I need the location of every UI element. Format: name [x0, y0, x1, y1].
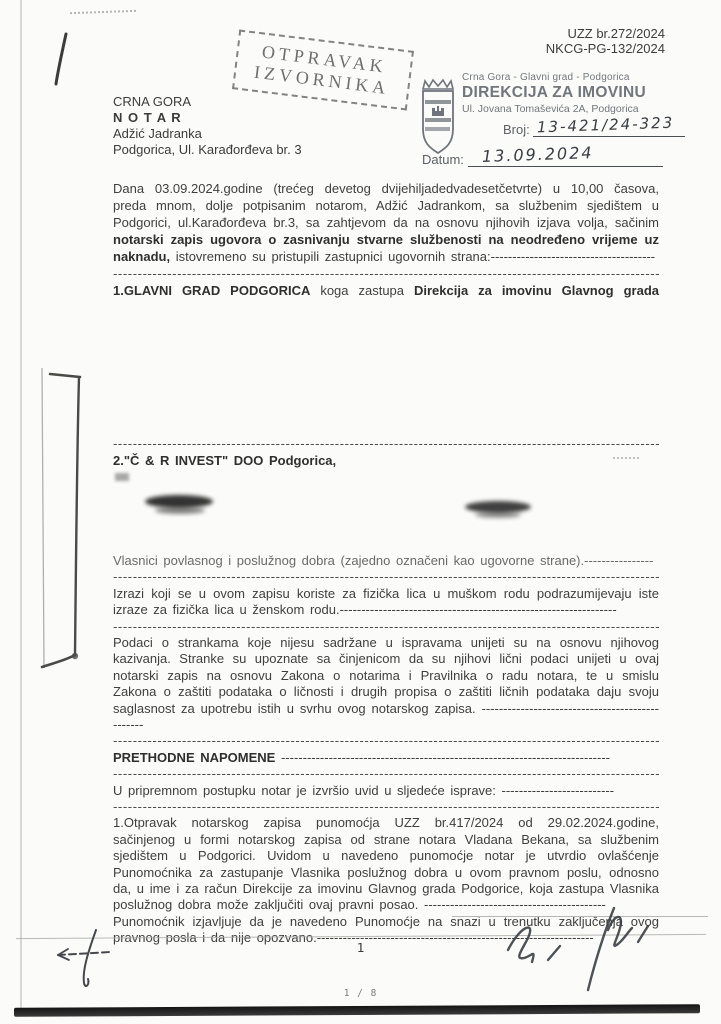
- paragraph-intro: Dana 03.09.2024.godine (trećeg devetog d…: [113, 180, 659, 265]
- broj-field: Broj: 13-421/24-323: [503, 118, 685, 137]
- paragraph-party-1: 1.GLAVNI GRAD PODGORICA koga zastupa Dir…: [113, 282, 659, 299]
- broj-handwritten-value: 13-421/24-323: [537, 114, 675, 137]
- redacted-smudge-area: [113, 469, 659, 565]
- faint-dash-fragment: [613, 457, 639, 459]
- document-body-top: Dana 03.09.2024.godine (trećeg devetog d…: [113, 180, 659, 565]
- pen-stroke-mark: [48, 30, 78, 90]
- notary-title: N O T A R: [113, 110, 302, 126]
- stamp-region-line: Crna Gora - Glavni grad - Podgorica: [462, 72, 646, 83]
- scan-edge-line: [20, 0, 22, 1012]
- country-label: CRNA GORA: [113, 94, 302, 110]
- broj-label: Broj:: [503, 122, 530, 137]
- dash-separator: ----------------------------------------…: [113, 799, 659, 815]
- intro-text: Dana 03.09.2024.godine (trećeg devetog d…: [113, 181, 659, 230]
- nkcg-number: NKCG-PG-132/2024: [480, 41, 665, 56]
- intro-tail: istovremeno su pristupili zastupnici ugo…: [170, 249, 655, 264]
- party1-name: 1.GLAVNI GRAD PODGORICA: [113, 283, 310, 298]
- heading-dashes: ----------------------------------------…: [281, 750, 610, 765]
- party1-mid: koga zastupa: [310, 283, 414, 298]
- faint-top-mark: [70, 10, 136, 14]
- dash-separator: ----------------------------------------…: [113, 733, 659, 749]
- binding-staple-mark: [34, 360, 90, 675]
- datum-label: Datum:: [422, 152, 464, 167]
- datum-handwritten-value: 13.09.2024: [481, 143, 593, 166]
- document-body-bottom: Vlasnici povlasnog i poslužnog dobra (za…: [113, 553, 659, 947]
- reference-numbers: UZZ br.272/2024 NKCG-PG-132/2024: [480, 26, 665, 56]
- illegible-fragment: [115, 473, 129, 481]
- uzz-number: UZZ br.272/2024: [480, 26, 665, 41]
- paragraph-personal-data: Podaci o strankama koje nijesu sadržane …: [113, 635, 659, 733]
- dash-separator: ----------------------------------------…: [113, 766, 659, 782]
- paragraph-party-2: 2."Č & R INVEST" DOO Podgorica,: [113, 452, 659, 469]
- direkcija-stamp: Crna Gora - Glavni grad - Podgorica DIRE…: [462, 72, 646, 115]
- datum-field: Datum: 13.09.2024: [422, 147, 663, 167]
- datum-underline: 13.09.2024: [468, 147, 663, 167]
- scanned-notarial-document-page: UZZ br.272/2024 NKCG-PG-132/2024 OTPRAVA…: [0, 0, 721, 1024]
- notary-header: CRNA GORA N O T A R Adžić Jadranka Podgo…: [113, 94, 302, 158]
- paragraph-owners: Vlasnici povlasnog i poslužnog dobra (za…: [113, 553, 659, 569]
- stamp-institution-address: Ul. Jovana Tomaševića 2A, Podgorica: [462, 103, 646, 115]
- handwritten-check-mark: [48, 925, 138, 995]
- paragraph-preliminary: U pripremnom postupku notar je izvršio u…: [113, 783, 659, 799]
- redaction-smudge: [475, 512, 521, 518]
- section-heading-prethodne-napomene: PRETHODNE NAPOMENE ---------------------…: [113, 750, 659, 766]
- party2-name: 2."Č & R INVEST" DOO Podgorica,: [113, 453, 336, 468]
- redaction-smudge: [155, 507, 205, 514]
- dash-separator: ----------------------------------------…: [113, 435, 659, 452]
- notary-address: Podgorica, Ul. Karađorđeva br. 3: [113, 142, 302, 158]
- broj-underline: 13-421/24-323: [533, 118, 685, 137]
- dash-separator: ----------------------------------------…: [113, 619, 659, 635]
- signature-scribbles: [470, 898, 670, 998]
- notary-name: Adžić Jadranka: [113, 126, 302, 142]
- dash-separator: ----------------------------------------…: [113, 265, 659, 282]
- scan-bottom-band: [14, 1004, 700, 1017]
- redacted-blank-area: [113, 299, 659, 435]
- stamp-institution-name: DIREKCIJA ZA IMOVINU: [462, 84, 646, 102]
- heading-text: PRETHODNE NAPOMENE: [113, 750, 281, 765]
- dash-separator: ----------------------------------------…: [113, 569, 659, 585]
- paragraph-gender-terms: Izrazi koji se u ovom zapisu koriste za …: [113, 586, 659, 619]
- party1-representative: Direkcija za imovinu Glavnog grada: [414, 283, 659, 298]
